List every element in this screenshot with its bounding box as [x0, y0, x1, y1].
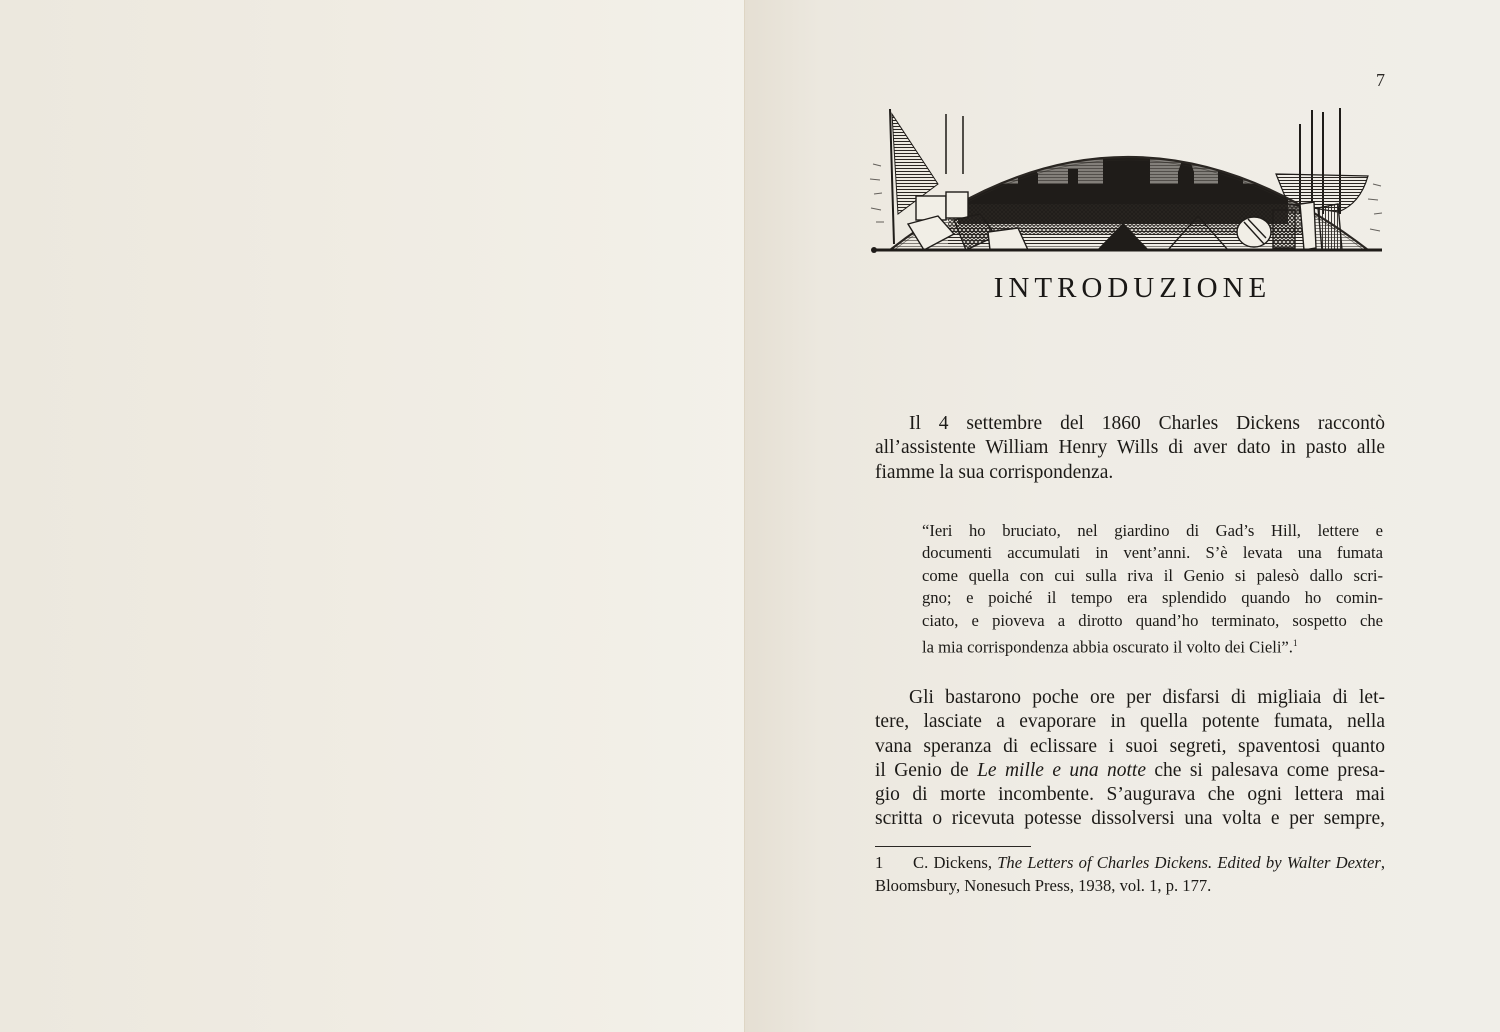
footnote-number: 1 [875, 852, 913, 875]
text-line: Gli bastarono poche ore per disfarsi di … [875, 686, 1385, 710]
footnote-title: The Letters of Charles Dickens. Edited b… [997, 853, 1381, 872]
footnote: 1C. Dickens, The Letters of Charles Dick… [875, 852, 1385, 897]
footnote-punct: , [1381, 853, 1385, 872]
footnote-reference[interactable]: 1 [1293, 638, 1298, 648]
book-spread: 7 [0, 0, 1500, 1032]
london-skyline-engraving-icon [868, 104, 1386, 256]
footnote-author: C. Dickens, [913, 853, 997, 872]
block-quote: “Ieri ho bruciato, nel giardino di Gad’s… [922, 520, 1383, 659]
quote-line: documenti accumulati in vent’anni. S’è l… [922, 542, 1383, 564]
footnote-line-2: Bloomsbury, Nonesuch Press, 1938, vol. 1… [875, 875, 1385, 898]
text-line: il Genio de Le mille e una notte che si … [875, 759, 1385, 783]
book-title-italic: Le mille e una notte [977, 760, 1146, 781]
text-fragment: il Genio de [875, 760, 977, 781]
paragraph-1: Il 4 settembre del 1860 Charles Dickens … [875, 412, 1385, 485]
text-line: gio di morte incombente. S’augurava che … [875, 783, 1385, 807]
quote-line: come quella con cui sulla riva il Genio … [922, 565, 1383, 587]
page-number: 7 [1376, 70, 1385, 91]
text-line: tere, lasciate a evaporare in quella pot… [875, 710, 1385, 734]
quote-line: gno; e poiché il tempo era splendido qua… [922, 587, 1383, 609]
footnote-rule [875, 846, 1031, 847]
right-page: 7 [745, 0, 1500, 1032]
chapter-title: INTRODUZIONE [745, 272, 1500, 305]
footnote-line-1: 1C. Dickens, The Letters of Charles Dick… [875, 852, 1385, 875]
text-line: scritta o ricevuta potesse dissolversi u… [875, 807, 1385, 831]
quote-line: ciato, e pioveva a dirotto quand’ho term… [922, 610, 1383, 632]
paragraph-2: Gli bastarono poche ore per disfarsi di … [875, 686, 1385, 832]
quote-line-last: la mia corrispondenza abbia oscurato il … [922, 632, 1383, 659]
text-fragment: che si palesava come presa- [1146, 760, 1385, 781]
text-line: vana speranza di eclissare i suoi segret… [875, 735, 1385, 759]
quote-text: la mia corrispondenza abbia oscurato il … [922, 638, 1293, 657]
text-line: fiamme la sua corrispondenza. [875, 461, 1385, 485]
text-line: all’assistente William Henry Wills di av… [875, 436, 1385, 460]
text-line: Il 4 settembre del 1860 Charles Dickens … [875, 412, 1385, 436]
quote-line: “Ieri ho bruciato, nel giardino di Gad’s… [922, 520, 1383, 542]
left-page-blank [0, 0, 745, 1032]
